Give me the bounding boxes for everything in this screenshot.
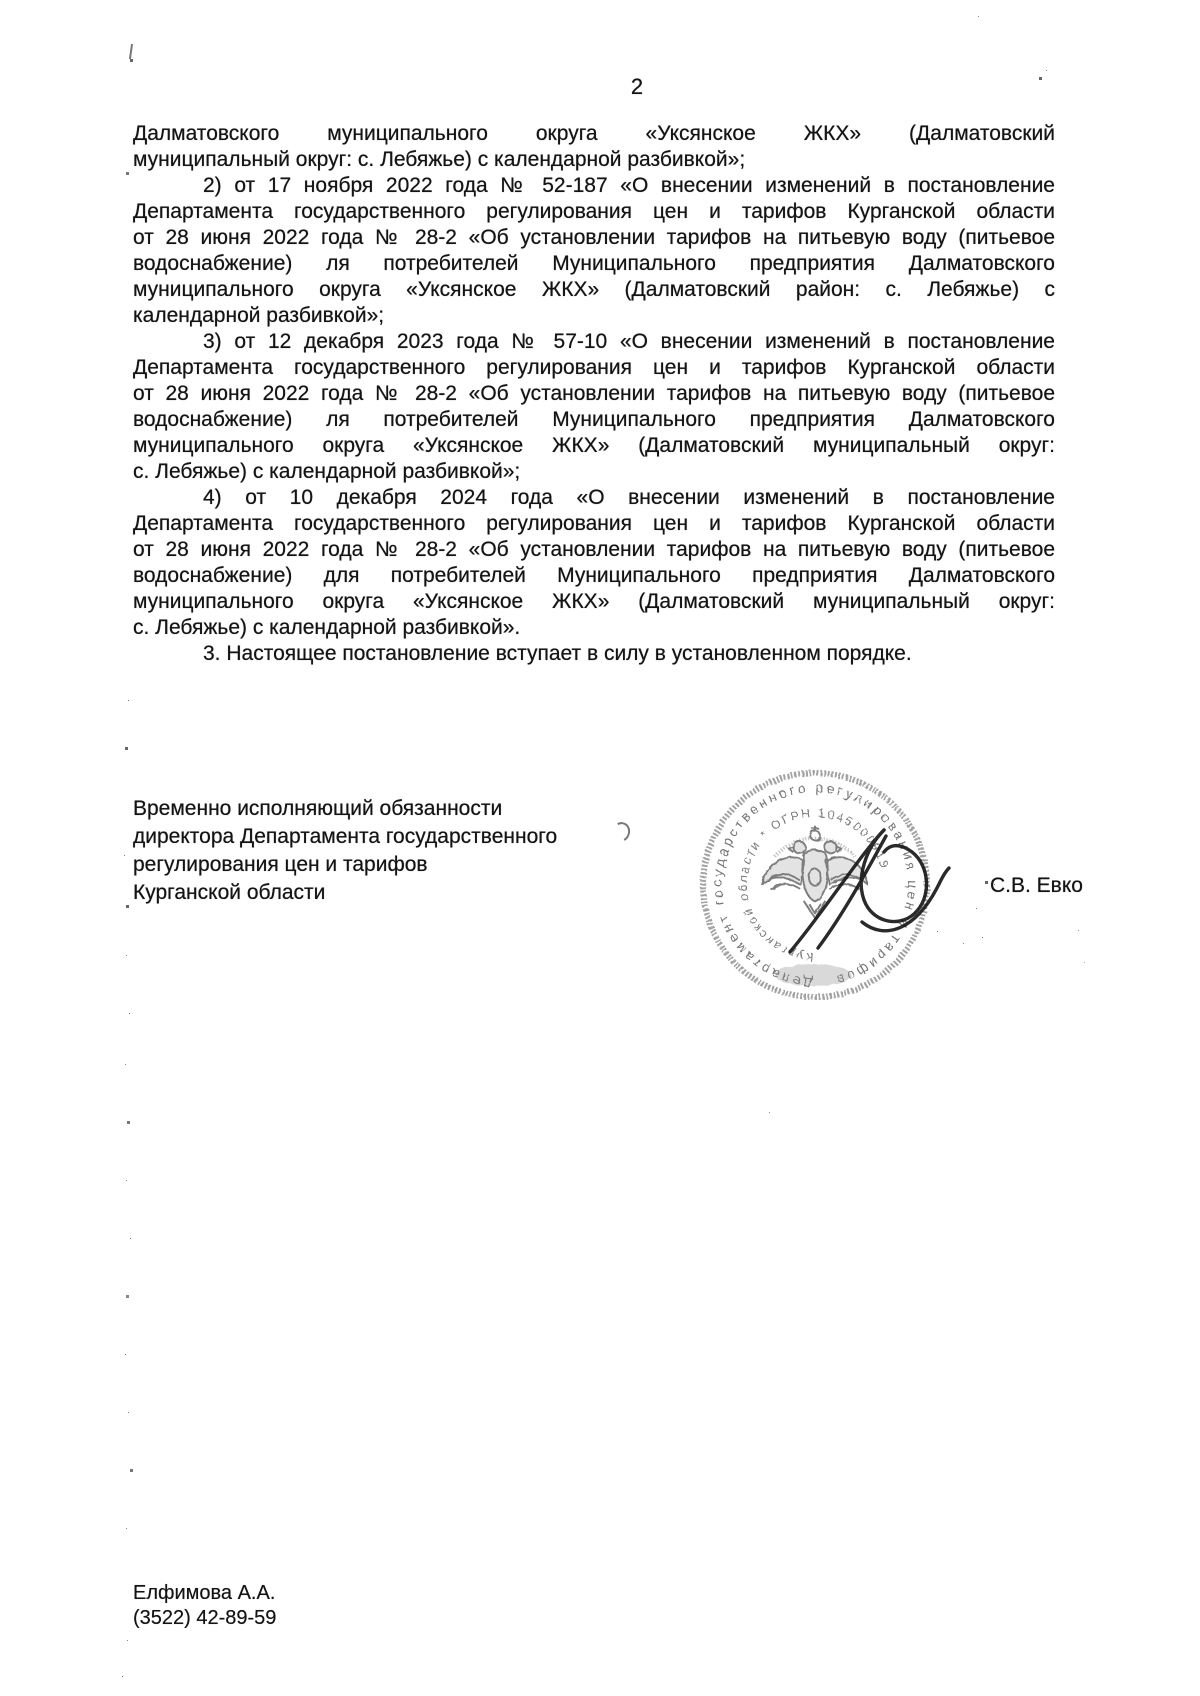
text-line: календарной разбивкой»;: [133, 303, 1055, 329]
text-line: муниципального округа «Уксянское ЖКХ» (Д…: [133, 277, 1055, 303]
text-line: 3) от 12 декабря 2023 года № 57-10 «О вн…: [133, 329, 1055, 355]
text-line: Департамента государственного регулирова…: [133, 511, 1055, 537]
text-line: водоснабжение) ля потребителей Муниципал…: [133, 407, 1055, 433]
scan-artifact: [129, 44, 133, 59]
signatory-position: Временно исполняющий обязанности директо…: [133, 795, 613, 907]
text-line: Далматовского муниципального округа «Укс…: [133, 121, 1055, 147]
text-line: от 28 июня 2022 года № 28-2 «Об установл…: [133, 537, 1055, 563]
text-line: Департамента государственного регулирова…: [133, 199, 1055, 225]
signatory-name: С.В. Евко: [990, 872, 1083, 900]
text-line: Департамента государственного регулирова…: [133, 355, 1055, 381]
text-line: 2) от 17 ноября 2022 года № 52-187 «О вн…: [133, 173, 1055, 199]
executor-name: Елфимова А.А.: [133, 1581, 276, 1606]
text-line: 3. Настоящее постановление вступает в си…: [133, 641, 1055, 667]
text-line: муниципального округа «Уксянское ЖКХ» (Д…: [133, 589, 1055, 615]
text-line: с. Лебяжье) с календарной разбивкой».: [133, 615, 1055, 641]
signature-stroke: [700, 800, 990, 975]
scan-noise: [0, 0, 1, 1]
text-line: муниципальный округ: с. Лебяжье) с кален…: [133, 147, 1055, 173]
page-number: 2: [622, 74, 652, 100]
text-line: с. Лебяжье) с календарной разбивкой»;: [133, 459, 1055, 485]
document-body: Далматовского муниципального округа «Укс…: [133, 121, 1055, 667]
text-line: от 28 июня 2022 года № 28-2 «Об установл…: [133, 381, 1055, 407]
executor-phone: (3522) 42-89-59: [133, 1606, 276, 1631]
text-line: муниципального округа «Уксянское ЖКХ» (Д…: [133, 433, 1055, 459]
document-page: 2 Далматовского муниципального округа «У…: [0, 0, 1200, 1696]
executor-block: Елфимова А.А. (3522) 42-89-59: [133, 1581, 276, 1631]
text-line: водоснабжение) ля потребителей Муниципал…: [133, 251, 1055, 277]
text-line: от 28 июня 2022 года № 28-2 «Об установл…: [133, 225, 1055, 251]
text-line: 4) от 10 декабря 2024 года «О внесении и…: [133, 485, 1055, 511]
text-line: водоснабжение) для потребителей Муниципа…: [133, 563, 1055, 589]
